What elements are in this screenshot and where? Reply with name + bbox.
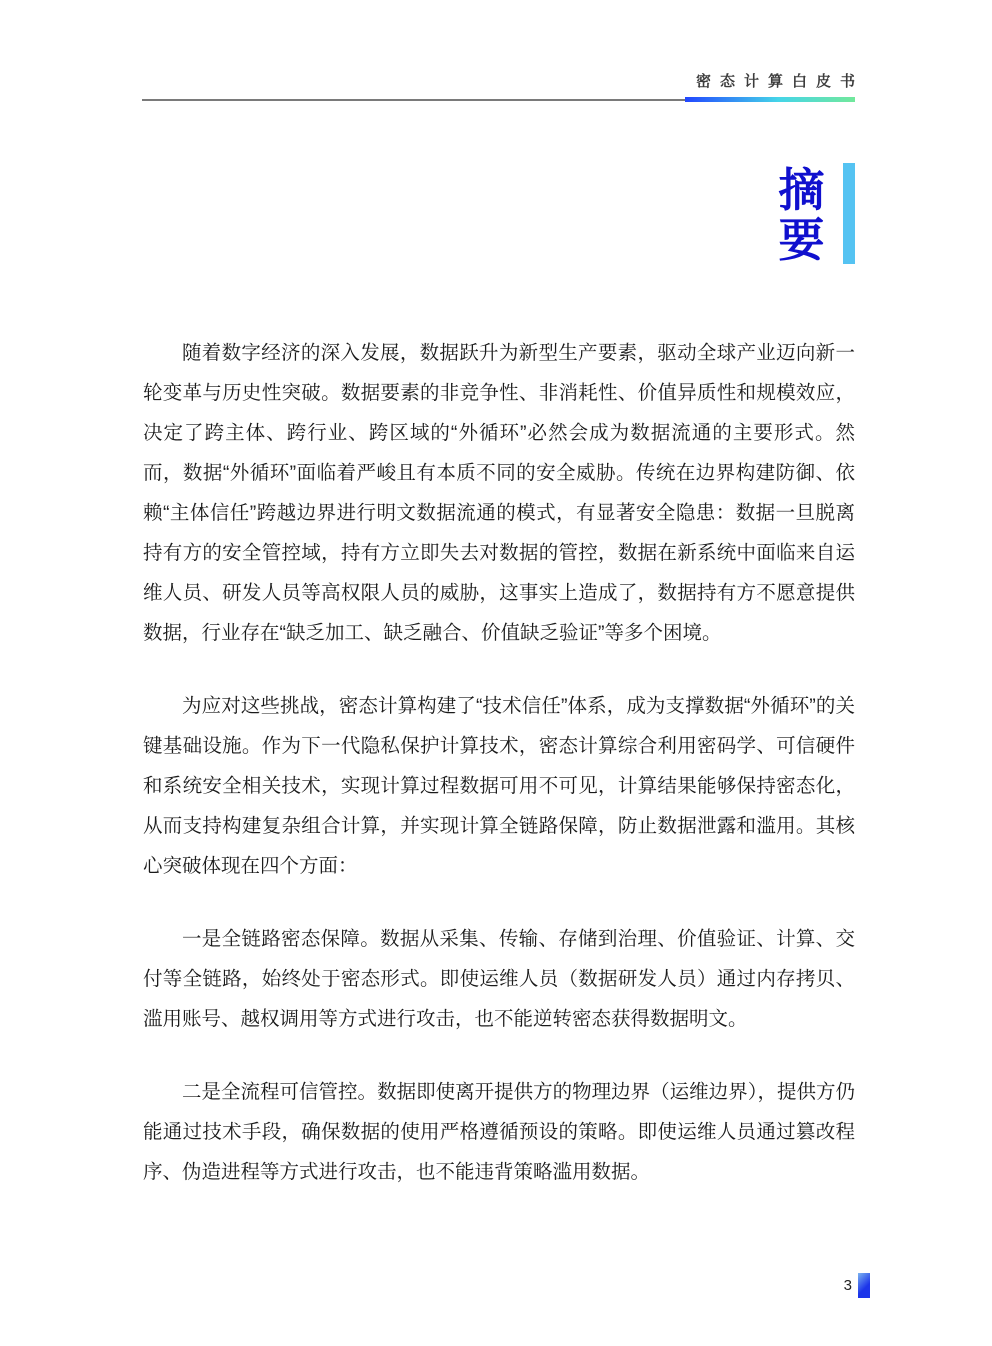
paragraph-4: 二是全流程可信管控。数据即使离开提供方的物理边界（运维边界），提供方仍能通过技术… <box>143 1072 855 1192</box>
section-title: 摘要 <box>778 165 825 265</box>
page-number-marker <box>858 1273 870 1298</box>
page-footer: 3 <box>844 1273 870 1298</box>
header-title: 密态计算白皮书 <box>696 70 864 91</box>
header-rule-gray-segment <box>142 99 685 101</box>
document-page: 密态计算白皮书 摘要 随着数字经济的深入发展，数据跃升为新型生产要素，驱动全球产… <box>0 0 992 1346</box>
accent-bar-decoration <box>843 163 855 264</box>
header-rule-gradient-segment <box>685 97 855 102</box>
paragraph-1: 随着数字经济的深入发展，数据跃升为新型生产要素，驱动全球产业迈向新一轮变革与历史… <box>143 333 855 653</box>
page-number: 3 <box>844 1277 852 1294</box>
paragraph-3: 一是全链路密态保障。数据从采集、传输、存储到治理、价值验证、计算、交付等全链路，… <box>143 919 855 1039</box>
paragraph-2: 为应对这些挑战，密态计算构建了“技术信任”体系，成为支撑数据“外循环”的关键基础… <box>143 686 855 886</box>
header-rule <box>142 97 855 102</box>
body-text: 随着数字经济的深入发展，数据跃升为新型生产要素，驱动全球产业迈向新一轮变革与历史… <box>143 333 855 1192</box>
abstract-heading: 摘要 <box>778 163 855 265</box>
